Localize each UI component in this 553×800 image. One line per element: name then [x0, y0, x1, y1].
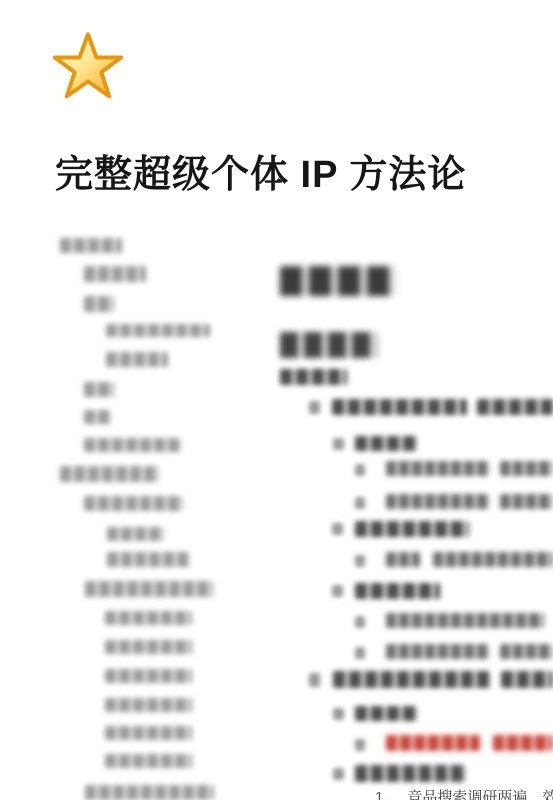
blurred-list-marker: [355, 555, 365, 567]
blurred-text-line: [500, 461, 553, 476]
blurred-text-line: [332, 399, 467, 415]
blurred-text-line: [333, 671, 490, 688]
blurred-red-text-line: [493, 735, 553, 751]
blurred-text-line: [500, 494, 553, 509]
blurred-list-marker: [309, 401, 320, 414]
blurred-text-line: [386, 494, 490, 509]
blurred-heading: [280, 266, 396, 296]
blurred-text-line: [477, 399, 553, 415]
blurred-list-marker: [333, 768, 344, 780]
blurred-text-line: [355, 436, 418, 451]
blurred-list-marker: [355, 616, 365, 628]
blurred-text-line: [386, 552, 420, 567]
bottom-clipped-line: 1、竞品搜索调研两遍，效果: [375, 789, 553, 800]
blurred-text-line: [280, 369, 347, 385]
blurred-text-line: [501, 671, 553, 688]
blurred-list-marker: [333, 708, 344, 720]
list-number-marker: 1、: [375, 789, 398, 800]
blurred-list-marker: [355, 464, 365, 476]
blurred-text-line: [355, 583, 440, 599]
blurred-list-marker: [332, 585, 343, 597]
document-page: 完整超级个体 IP 方法论 1、竞品搜索调研两遍，效果: [0, 0, 553, 800]
document-body: [0, 0, 553, 800]
blurred-text-line: [386, 461, 490, 476]
blurred-text-line: [386, 644, 490, 659]
blurred-list-marker: [355, 647, 365, 659]
bottom-clipped-text: 竞品搜索调研两遍，效果: [407, 789, 553, 800]
blurred-list-marker: [309, 673, 320, 687]
blurred-list-marker: [333, 438, 344, 450]
blurred-text-line: [355, 765, 467, 782]
blurred-text-line: [386, 613, 544, 628]
blurred-text-line: [433, 552, 553, 567]
blurred-text-line: [355, 706, 418, 721]
blurred-red-text-line: [386, 735, 480, 751]
blurred-text-line: [500, 644, 553, 659]
blurred-list-marker: [355, 497, 365, 509]
blurred-list-marker: [355, 739, 365, 751]
blurred-text-line: [355, 521, 469, 537]
blurred-list-marker: [332, 523, 343, 535]
blurred-heading: [280, 332, 377, 358]
